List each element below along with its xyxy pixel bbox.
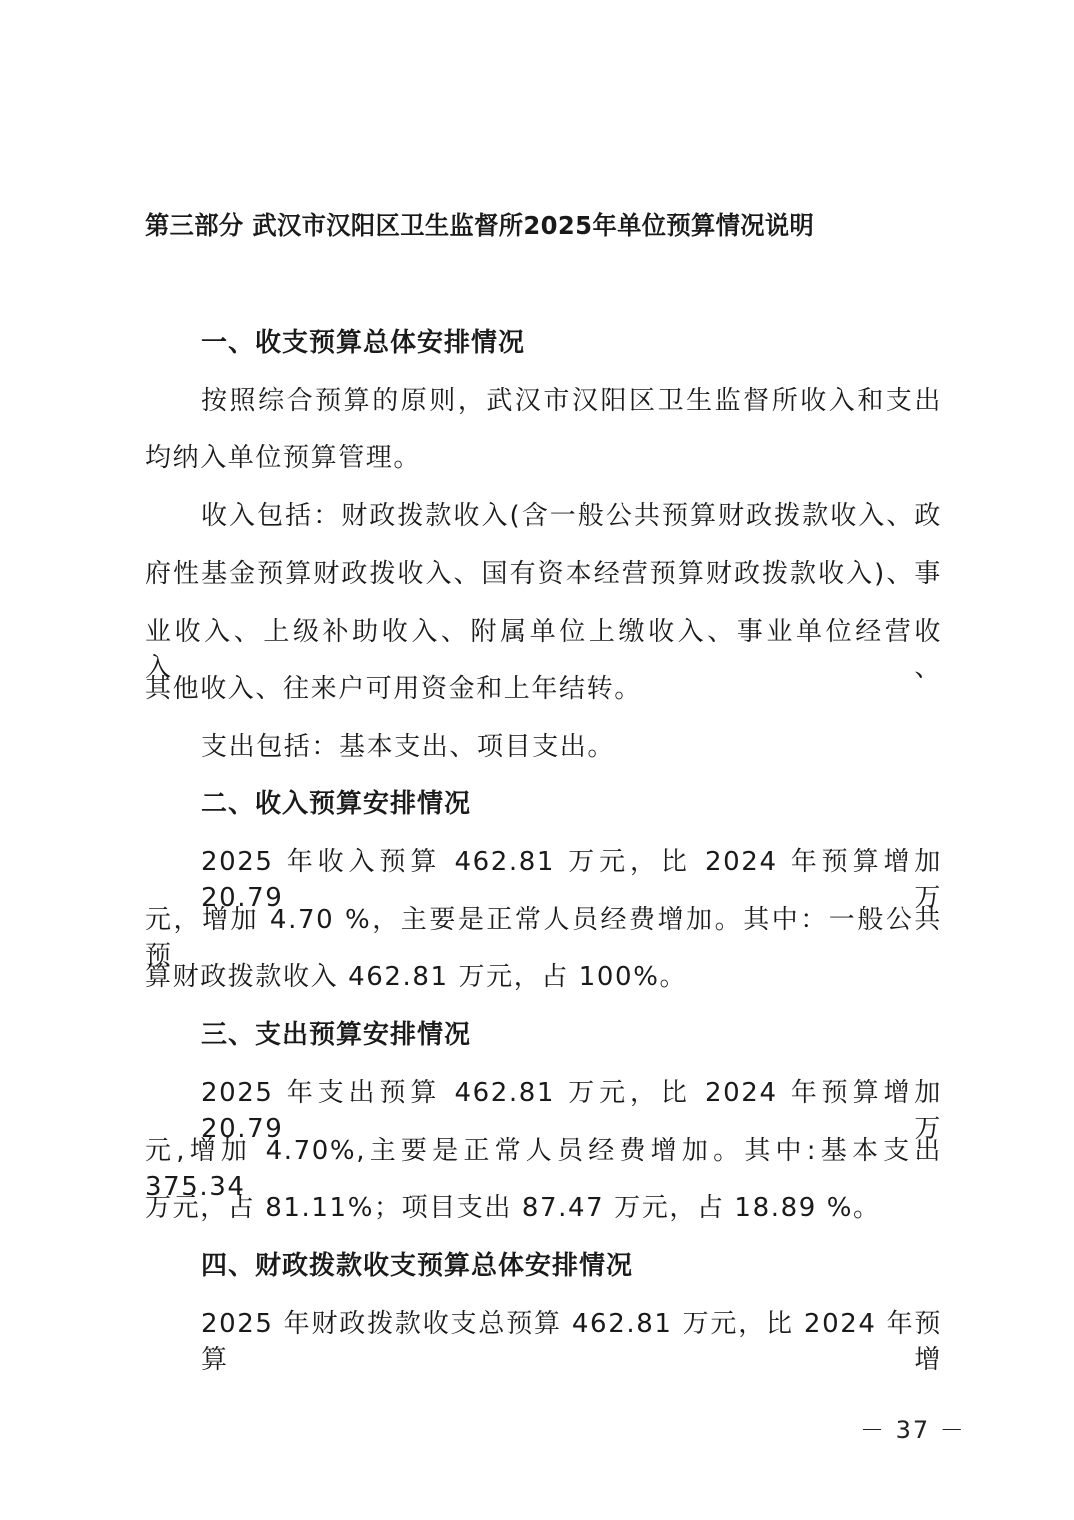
section-heading-4: 四、财政拨款收支预算总体安排情况 [201, 1248, 1001, 1284]
paragraph-line: 其他收入、往来户可用资金和上年结转。 [145, 671, 945, 707]
paragraph-line: 支出包括：基本支出、项目支出。 [201, 729, 1001, 765]
section-heading-3: 三、支出预算安排情况 [201, 1017, 1001, 1053]
paragraph-line: 收入包括：财政拨款收入(含一般公共预算财政拨款收入、政 [201, 498, 942, 534]
paragraph-line: 万元，占 81.11%；项目支出 87.47 万元，占 18.89 %。 [145, 1190, 945, 1226]
paragraph-line: 算财政拨款收入 462.81 万元，占 100%。 [145, 959, 945, 995]
document-page: 第三部分 武汉市汉阳区卫生监督所2025年单位预算情况说明 一、收支预算总体安排… [0, 0, 1074, 1520]
page-title: 第三部分 武汉市汉阳区卫生监督所2025年单位预算情况说明 [145, 208, 921, 244]
section-heading-2: 二、收入预算安排情况 [201, 786, 1001, 822]
paragraph-line: 按照综合预算的原则，武汉市汉阳区卫生监督所收入和支出 [201, 383, 942, 419]
page-number: － 37 － [860, 1413, 966, 1447]
paragraph-line: 府性基金预算财政拨收入、国有资本经营预算财政拨款收入)、事 [145, 556, 942, 592]
paragraph-line: 均纳入单位预算管理。 [145, 440, 945, 476]
section-heading-1: 一、收支预算总体安排情况 [201, 325, 1001, 361]
paragraph-line: 2025 年财政拨款收支总预算 462.81 万元，比 2024 年预算增 [201, 1306, 942, 1378]
